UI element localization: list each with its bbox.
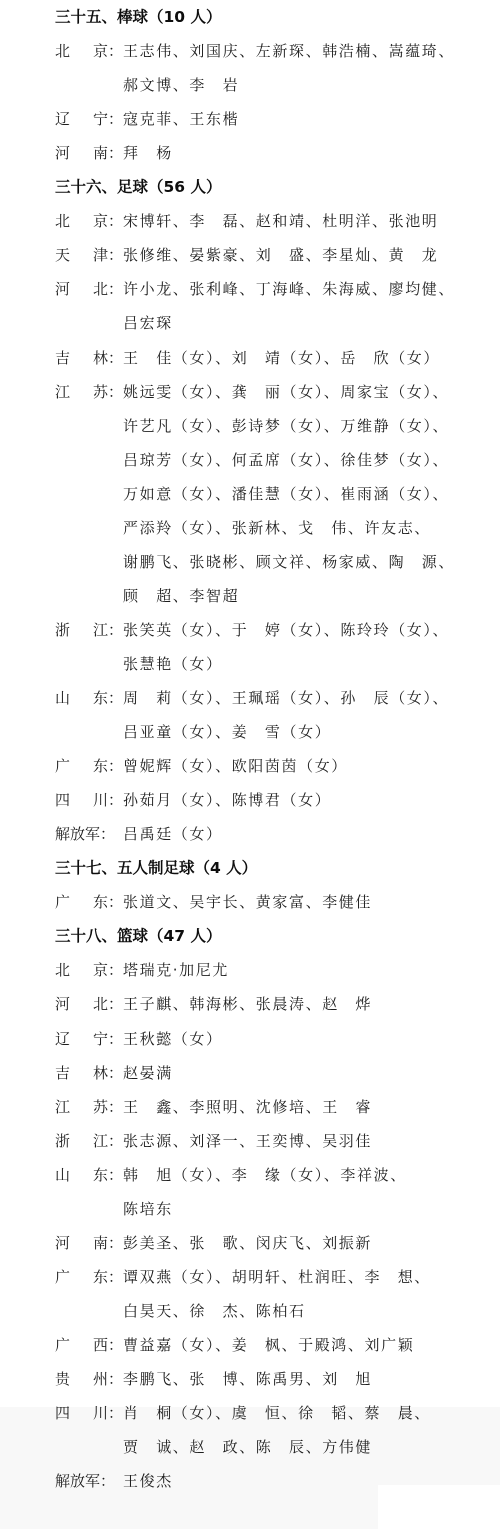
- section-heading: 三十五、棒球（10 人）: [55, 0, 221, 34]
- athlete-names: 吕琼芳（女）、何孟席（女）、徐佳梦（女）、: [123, 443, 449, 477]
- province-label: 天津：: [55, 238, 123, 272]
- province-label-part: 苏：: [93, 375, 123, 409]
- province-label-part: 东：: [93, 1158, 123, 1192]
- province-label-part: 北: [55, 204, 70, 238]
- province-label-part: 京：: [93, 204, 123, 238]
- province-label-part: 北：: [93, 987, 123, 1021]
- athlete-names: 宋博轩、李 磊、赵和靖、杜明洋、张池明: [123, 204, 438, 238]
- athlete-names: 许艺凡（女）、彭诗梦（女）、万维静（女）、: [123, 409, 449, 443]
- province-label: 贵州：: [55, 1362, 123, 1396]
- athlete-names: 谭双燕（女）、胡明轩、杜润旺、李 想、: [123, 1260, 431, 1294]
- province-label: 浙江：: [55, 1124, 123, 1158]
- province-label: 吉林：: [55, 341, 123, 375]
- province-label: 北京：: [55, 204, 123, 238]
- province-label: 解放军：: [55, 817, 123, 851]
- section-heading: 三十八、篮球（47 人）: [55, 919, 221, 953]
- athlete-names: 郝文博、李 岩: [123, 68, 239, 102]
- province-label: 河北：: [55, 272, 123, 306]
- province-label: 解放军：: [55, 1464, 123, 1498]
- province-label: 山东：: [55, 681, 123, 715]
- province-label-part: 北: [55, 34, 70, 68]
- athlete-names: 张志源、刘泽一、王奕博、吴羽佳: [123, 1124, 372, 1158]
- athlete-names: 王 鑫、李照明、沈修培、王 睿: [123, 1090, 372, 1124]
- province-label-part: 江：: [93, 1124, 123, 1158]
- athlete-names: 孙茹月（女）、陈博君（女）: [123, 783, 331, 817]
- province-label-part: 广: [55, 1260, 70, 1294]
- athlete-names: 白昊天、徐 杰、陈柏石: [123, 1294, 306, 1328]
- province-label-part: 浙: [55, 613, 70, 647]
- province-label-part: 京：: [93, 34, 123, 68]
- athlete-names: 许小龙、张利峰、丁海峰、朱海威、廖均健、: [123, 272, 455, 306]
- athlete-names: 韩 旭（女）、李 缘（女）、李祥波、: [123, 1158, 407, 1192]
- background-patch: [378, 1485, 500, 1529]
- province-label-part: 北: [55, 953, 70, 987]
- province-label-part: 北：: [93, 272, 123, 306]
- athlete-names: 张慧艳（女）: [123, 647, 223, 681]
- province-label-part: 州：: [93, 1362, 123, 1396]
- province-label-part: 宁：: [93, 102, 123, 136]
- province-label-part: 东：: [93, 681, 123, 715]
- province-label-part: 解放军：: [55, 817, 115, 851]
- athlete-names: 张修维、晏紫豪、刘 盛、李星灿、黄 龙: [123, 238, 438, 272]
- province-label: 河南：: [55, 136, 123, 170]
- athlete-names: 张笑英（女）、于 婷（女）、陈玲玲（女）、: [123, 613, 449, 647]
- province-label-part: 川：: [93, 1396, 123, 1430]
- province-label-part: 东：: [93, 1260, 123, 1294]
- athlete-names: 周 莉（女）、王珮瑶（女）、孙 辰（女）、: [123, 681, 449, 715]
- province-label-part: 川：: [93, 783, 123, 817]
- province-label-part: 西：: [93, 1328, 123, 1362]
- province-label-part: 解放军：: [55, 1464, 115, 1498]
- province-label-part: 辽: [55, 102, 70, 136]
- province-label: 山东：: [55, 1158, 123, 1192]
- athlete-names: 吕禹廷（女）: [123, 817, 223, 851]
- province-label-part: 广: [55, 749, 70, 783]
- province-label-part: 南：: [93, 1226, 123, 1260]
- province-label: 广东：: [55, 749, 123, 783]
- province-label: 广东：: [55, 1260, 123, 1294]
- province-label-part: 宁：: [93, 1022, 123, 1056]
- province-label-part: 河: [55, 136, 70, 170]
- athlete-names: 王秋懿（女）: [123, 1022, 223, 1056]
- province-label: 北京：: [55, 34, 123, 68]
- athlete-names: 王子麒、韩海彬、张晨涛、赵 烨: [123, 987, 372, 1021]
- province-label-part: 津：: [93, 238, 123, 272]
- province-label-part: 天: [55, 238, 70, 272]
- province-label: 吉林：: [55, 1056, 123, 1090]
- section-heading: 三十六、足球（56 人）: [55, 170, 221, 204]
- athlete-names: 寇克菲、王东楷: [123, 102, 239, 136]
- province-label: 辽宁：: [55, 102, 123, 136]
- province-label: 广东：: [55, 885, 123, 919]
- province-label: 辽宁：: [55, 1022, 123, 1056]
- province-label-part: 河: [55, 272, 70, 306]
- province-label-part: 林：: [93, 1056, 123, 1090]
- province-label-part: 南：: [93, 136, 123, 170]
- athlete-names: 张道文、吴宇长、黄家富、李健佳: [123, 885, 372, 919]
- athlete-names: 顾 超、李智超: [123, 579, 239, 613]
- athlete-names: 贾 诚、赵 政、陈 辰、方伟健: [123, 1430, 372, 1464]
- province-label-part: 京：: [93, 953, 123, 987]
- province-label-part: 广: [55, 1328, 70, 1362]
- athlete-names: 吕宏琛: [123, 306, 173, 340]
- province-label: 江苏：: [55, 375, 123, 409]
- province-label-part: 江: [55, 1090, 70, 1124]
- province-label: 北京：: [55, 953, 123, 987]
- province-label-part: 浙: [55, 1124, 70, 1158]
- province-label-part: 河: [55, 1226, 70, 1260]
- athlete-names: 王志伟、刘国庆、左新琛、韩浩楠、嵩蕴琦、: [123, 34, 455, 68]
- athlete-names: 曹益嘉（女）、姜 枫、于殿鸿、刘广颖: [123, 1328, 414, 1362]
- athlete-names: 姚远雯（女）、龚 丽（女）、周家宝（女）、: [123, 375, 449, 409]
- athlete-names: 严添羚（女）、张新林、戈 伟、许友志、: [123, 511, 431, 545]
- province-label-part: 四: [55, 1396, 70, 1430]
- athlete-names: 塔瑞克·加尼尤: [123, 953, 229, 987]
- province-label-part: 吉: [55, 341, 70, 375]
- province-label-part: 苏：: [93, 1090, 123, 1124]
- province-label-part: 山: [55, 681, 70, 715]
- athlete-names: 李鹏飞、张 博、陈禹男、刘 旭: [123, 1362, 372, 1396]
- athlete-names: 王俊杰: [123, 1464, 173, 1498]
- province-label-part: 河: [55, 987, 70, 1021]
- province-label-part: 江: [55, 375, 70, 409]
- athlete-names: 王 佳（女）、刘 靖（女）、岳 欣（女）: [123, 341, 440, 375]
- province-label-part: 四: [55, 783, 70, 817]
- province-label: 河南：: [55, 1226, 123, 1260]
- province-label-part: 东：: [93, 885, 123, 919]
- province-label-part: 东：: [93, 749, 123, 783]
- province-label-part: 林：: [93, 341, 123, 375]
- athlete-names: 万如意（女）、潘佳慧（女）、崔雨涵（女）、: [123, 477, 449, 511]
- athlete-names: 吕亚童（女）、姜 雪（女）: [123, 715, 331, 749]
- province-label-part: 山: [55, 1158, 70, 1192]
- section-heading: 三十七、五人制足球（4 人）: [55, 851, 257, 885]
- athlete-names: 曾妮辉（女）、欧阳茵茵（女）: [123, 749, 348, 783]
- province-label: 四川：: [55, 1396, 123, 1430]
- province-label: 广西：: [55, 1328, 123, 1362]
- province-label: 四川：: [55, 783, 123, 817]
- province-label-part: 江：: [93, 613, 123, 647]
- athlete-names: 彭美圣、张 歌、闵庆飞、刘振新: [123, 1226, 372, 1260]
- province-label: 江苏：: [55, 1090, 123, 1124]
- province-label: 河北：: [55, 987, 123, 1021]
- athlete-names: 谢鹏飞、张晓彬、顾文祥、杨家威、陶 源、: [123, 545, 455, 579]
- province-label: 浙江：: [55, 613, 123, 647]
- athlete-names: 陈培东: [123, 1192, 173, 1226]
- province-label-part: 广: [55, 885, 70, 919]
- athlete-names: 赵晏满: [123, 1056, 173, 1090]
- athlete-names: 拜 杨: [123, 136, 173, 170]
- athlete-names: 肖 桐（女）、虞 恒、徐 韬、蔡 晨、: [123, 1396, 431, 1430]
- province-label-part: 辽: [55, 1022, 70, 1056]
- province-label-part: 吉: [55, 1056, 70, 1090]
- province-label-part: 贵: [55, 1362, 70, 1396]
